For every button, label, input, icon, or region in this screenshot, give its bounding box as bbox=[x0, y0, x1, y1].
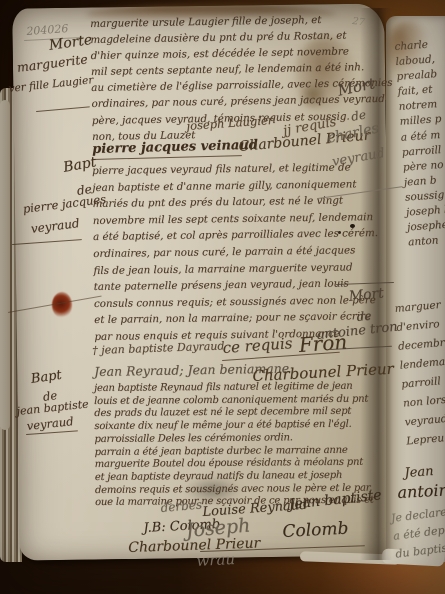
right-page-signature-antoin: antoin bbox=[397, 480, 445, 502]
manuscript-line: soixante dix neuf le même jour a été bap… bbox=[94, 419, 373, 434]
gutter-note-mort-charles-2: de bbox=[350, 107, 367, 123]
signature-colomb: Colomb bbox=[282, 519, 349, 542]
manuscript-photo: 204026 27 Morte marguerite ver fille Lau… bbox=[0, 0, 445, 594]
manuscript-line: Lepreu bbox=[406, 428, 445, 451]
right-page-signature-jean: Jean bbox=[404, 464, 434, 481]
pencil-scrawl: wrau bbox=[196, 550, 236, 570]
manuscript-line: josephe bbox=[407, 217, 445, 235]
book-spine-highlight bbox=[0, 100, 10, 430]
right-page-pencil-note: Je declare q a été depos du baptiste bbox=[390, 502, 445, 564]
manuscript-line: anton bbox=[408, 233, 445, 251]
baptism-pierre-text: pierre jacques veyraud fils naturel, et … bbox=[92, 159, 380, 345]
manuscript-line: père no bbox=[402, 157, 445, 175]
baptism-jean-text: jean baptiste Reynaud fils naturel et le… bbox=[94, 381, 374, 510]
